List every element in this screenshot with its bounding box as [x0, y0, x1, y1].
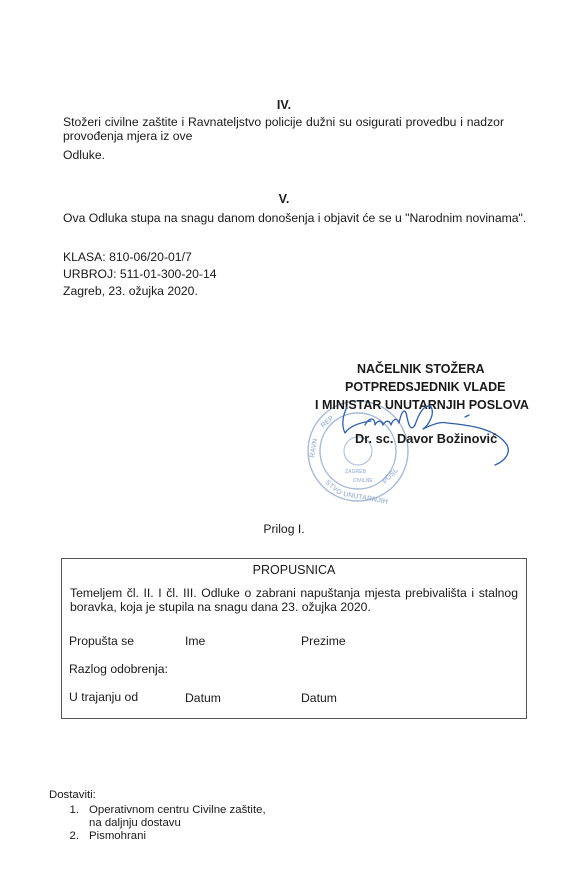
list-item-text: na daljnju dostavu: [89, 817, 266, 830]
list-item-number: 2.: [65, 830, 79, 843]
annex-label: Prilog I.: [0, 522, 568, 536]
list-item-text: Operativnom centru Civilne zaštite,: [89, 804, 266, 817]
list-item-text: Pismohrani: [89, 830, 266, 843]
list-item: 2. Pismohrani: [65, 830, 266, 843]
signatory-name: Dr. sc. Davor Božinović: [355, 431, 497, 446]
distribution-label: Dostaviti:: [49, 789, 96, 801]
pass-title: PROPUSNICA: [62, 563, 526, 577]
place-date: Zagreb, 23. ožujka 2020.: [63, 284, 198, 298]
field-last-name: Prezime: [301, 634, 346, 648]
urbroj-reference: URBROJ: 511-01-300-20-14: [63, 267, 217, 281]
pass-form: PROPUSNICA Temeljem čl. II. I čl. III. O…: [61, 558, 527, 719]
section-iv-line-2: provođenja mjera iz ove: [63, 129, 192, 143]
field-first-name: Ime: [185, 634, 205, 648]
pass-legal-basis: Temeljem čl. II. I čl. III. Odluke o zab…: [70, 586, 518, 614]
field-date-from: Datum: [185, 691, 221, 705]
field-label-propusta-se: Propušta se: [69, 634, 134, 648]
signatory-title-2: POTPREDSJEDNIK VLADE: [345, 380, 505, 394]
field-label-duration: U trajanju od: [69, 690, 138, 704]
list-item-number: 1.: [65, 804, 79, 817]
svg-text:RAVN: RAVN: [309, 438, 319, 458]
field-date-to: Datum: [301, 691, 337, 705]
svg-text:CIVILNE: CIVILNE: [353, 478, 373, 484]
field-label-reason: Razlog odobrenja:: [69, 662, 168, 676]
list-item: 1. Operativnom centru Civilne zaštite, n…: [65, 804, 266, 830]
distribution-list: 1. Operativnom centru Civilne zaštite, n…: [65, 804, 266, 843]
section-iv-line-1: Stožeri civilne zaštite i Ravnateljstvo …: [63, 115, 504, 129]
section-iv-line-3: Odluke.: [63, 148, 105, 162]
section-v-line-1: Ova Odluka stupa na snagu danom donošenj…: [63, 211, 526, 225]
pass-text-line-1: Temeljem čl. II. I čl. III. Odluke o zab…: [70, 586, 518, 600]
section-v-heading: V.: [0, 192, 568, 206]
svg-text:UNUTARNJIH: UNUTARNJIH: [343, 491, 389, 504]
klasa-reference: KLASA: 810-06/20-01/7: [63, 250, 192, 264]
signatory-title-1: NAČELNIK STOŽERA: [357, 362, 485, 376]
section-iv-heading: IV.: [0, 98, 568, 112]
pass-text-line-2: boravka, koja je stupila na snagu dana 2…: [70, 600, 518, 614]
